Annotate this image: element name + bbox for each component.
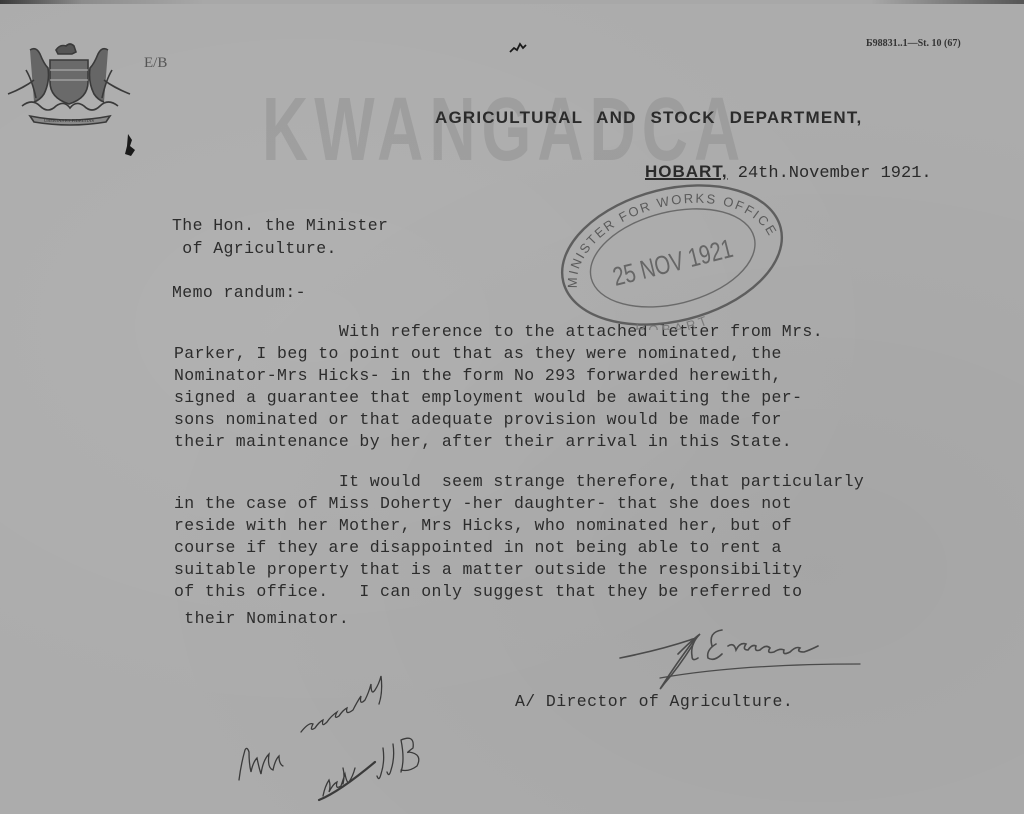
director-signature — [600, 620, 890, 695]
body-line: sons nominated or that adequate provisio… — [174, 410, 782, 429]
svg-text:UBERTAS ET FIDELITAS: UBERTAS ET FIDELITAS — [44, 118, 94, 123]
reference-initials: E/B — [144, 55, 167, 72]
addressee-line: of Agriculture. — [172, 239, 337, 258]
body-line: of this office. I can only suggest that … — [174, 582, 802, 601]
addressee-line: The Hon. the Minister — [172, 216, 388, 235]
ink-blot-mark — [122, 132, 138, 158]
body-line: in the case of Miss Doherty -her daughte… — [174, 494, 792, 513]
body-line: their Nominator. — [174, 609, 349, 628]
form-code: Б98831..1—St. 10 (67) — [866, 38, 961, 49]
body-line: suitable property that is a matter outsi… — [174, 560, 802, 579]
handwritten-annotation — [215, 650, 445, 810]
signatory-title: A/ Director of Agriculture. — [515, 692, 793, 711]
svg-text:HOBART: HOBART — [635, 312, 713, 330]
salutation: Memo randum:- — [172, 283, 306, 302]
department-letterhead: AGRICULTURAL AND STOCK DEPARTMENT, — [435, 108, 862, 128]
body-line: reside with her Mother, Mrs Hicks, who n… — [174, 516, 792, 535]
ink-scribble-mark — [508, 40, 528, 56]
letterhead-city: HOBART, — [645, 162, 728, 181]
received-date-stamp: MINISTER FOR WORKS OFFICE HOBART 25 NOV … — [552, 180, 792, 330]
page-edge-shadow — [0, 0, 1024, 4]
body-line: signed a guarantee that employment would… — [174, 388, 802, 407]
body-line: Nominator-Mrs Hicks- in the form No 293 … — [174, 366, 782, 385]
svg-text:25 NOV 1921: 25 NOV 1921 — [610, 233, 736, 291]
body-line: It would seem strange therefore, that pa… — [174, 472, 864, 491]
body-line: course if they are disappointed in not b… — [174, 538, 782, 557]
tasmania-coat-of-arms-icon: UBERTAS ET FIDELITAS — [4, 40, 134, 132]
body-line: Parker, I beg to point out that as they … — [174, 344, 782, 363]
body-line: their maintenance by her, after their ar… — [174, 432, 792, 451]
